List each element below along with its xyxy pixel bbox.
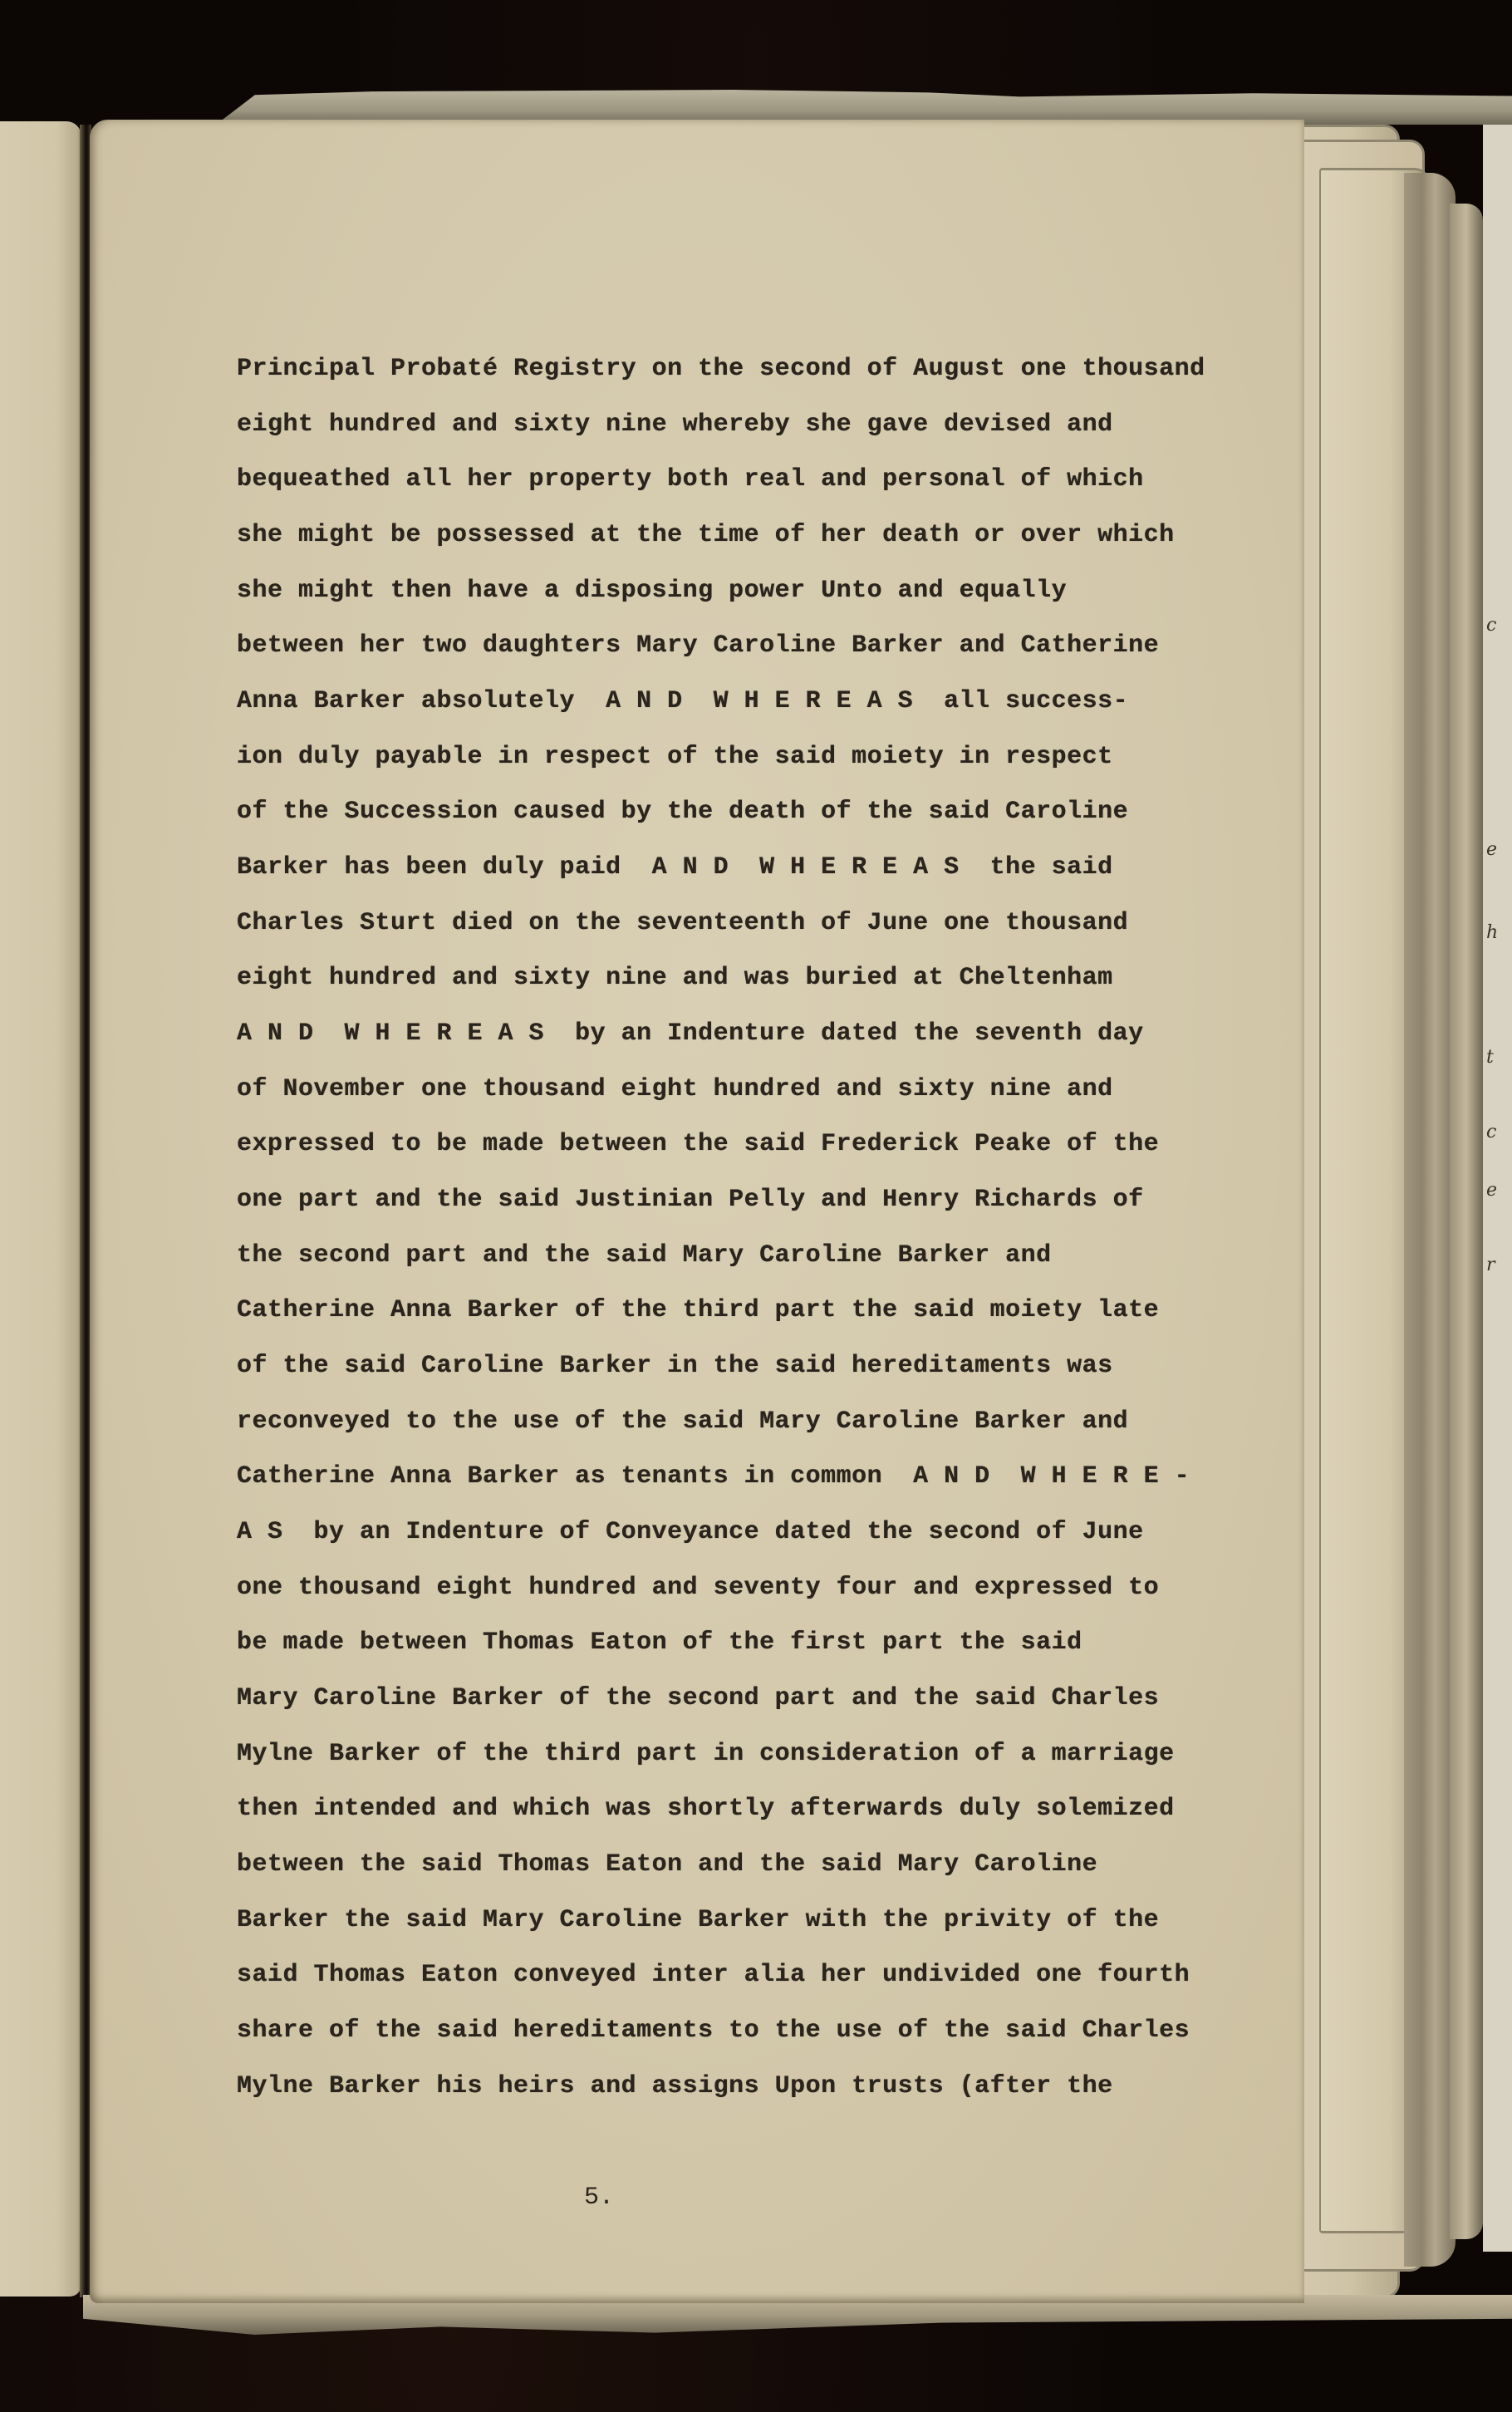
- handwriting-fragment: c: [1486, 615, 1496, 636]
- text-line: of the Succession caused by the death of…: [237, 795, 1128, 828]
- text-line: of November one thousand eight hundred a…: [237, 1073, 1113, 1106]
- text-line: one part and the said Justinian Pelly an…: [237, 1183, 1144, 1216]
- text-line: she might then have a disposing power Un…: [237, 574, 1067, 607]
- text-line: reconveyed to the use of the said Mary C…: [237, 1405, 1128, 1438]
- text-line: between the said Thomas Eaton and the sa…: [237, 1848, 1097, 1881]
- handwritten-sheet-edge: c e h t c e r: [1483, 125, 1512, 2252]
- worn-binding-edge: [1404, 173, 1456, 2267]
- text-line: then intended and which was shortly afte…: [237, 1792, 1175, 1825]
- text-line: between her two daughters Mary Caroline …: [237, 629, 1159, 662]
- stacked-page-edges: [1279, 125, 1495, 2310]
- text-line: ion duly payable in respect of the said …: [237, 740, 1113, 774]
- text-line: be made between Thomas Eaton of the firs…: [237, 1626, 1082, 1659]
- text-line: eight hundred and sixty nine and was bur…: [237, 961, 1113, 995]
- text-line: of the said Caroline Barker in the said …: [237, 1349, 1113, 1383]
- handwriting-fragment: r: [1486, 1255, 1495, 1275]
- text-line: Anna Barker absolutely A N D W H E R E A…: [237, 685, 1128, 718]
- worn-binding-edge: [1450, 204, 1483, 2239]
- handwriting-fragment: t: [1486, 1047, 1494, 1068]
- text-line: eight hundred and sixty nine whereby she…: [237, 408, 1113, 441]
- text-line: Mylne Barker of the third part in consid…: [237, 1737, 1175, 1771]
- text-line: Barker the said Mary Caroline Barker wit…: [237, 1904, 1159, 1937]
- text-line: expressed to be made between the said Fr…: [237, 1127, 1159, 1161]
- text-line: the second part and the said Mary Caroli…: [237, 1239, 1052, 1272]
- text-line: Charles Sturt died on the seventeenth of…: [237, 906, 1128, 940]
- text-line: Barker has been duly paid A N D W H E R …: [237, 851, 1113, 884]
- text-line: Mylne Barker his heirs and assigns Upon …: [237, 2070, 1113, 2103]
- text-line: said Thomas Eaton conveyed inter alia he…: [237, 1958, 1190, 1992]
- text-line: A N D W H E R E A S by an Indenture date…: [237, 1017, 1144, 1050]
- text-line: A S by an Indenture of Conveyance dated …: [237, 1515, 1144, 1549]
- text-line: bequeathed all her property both real an…: [237, 463, 1144, 496]
- text-line: share of the said hereditaments to the u…: [237, 2014, 1190, 2047]
- handwriting-fragment: e: [1486, 1180, 1497, 1201]
- text-line: Mary Caroline Barker of the second part …: [237, 1682, 1159, 1715]
- text-line: Catherine Anna Barker of the third part …: [237, 1294, 1159, 1327]
- handwriting-fragment: c: [1486, 1122, 1496, 1142]
- left-facing-page-edge: [0, 121, 81, 2297]
- text-line: Catherine Anna Barker as tenants in comm…: [237, 1460, 1190, 1493]
- text-line: she might be possessed at the time of he…: [237, 518, 1175, 552]
- handwriting-fragment: h: [1486, 922, 1498, 943]
- text-line: one thousand eight hundred and seventy f…: [237, 1571, 1159, 1604]
- page-number: 5.: [584, 2184, 614, 2212]
- text-line: Principal Probaté Registry on the second…: [237, 352, 1205, 386]
- handwriting-fragment: e: [1486, 839, 1497, 860]
